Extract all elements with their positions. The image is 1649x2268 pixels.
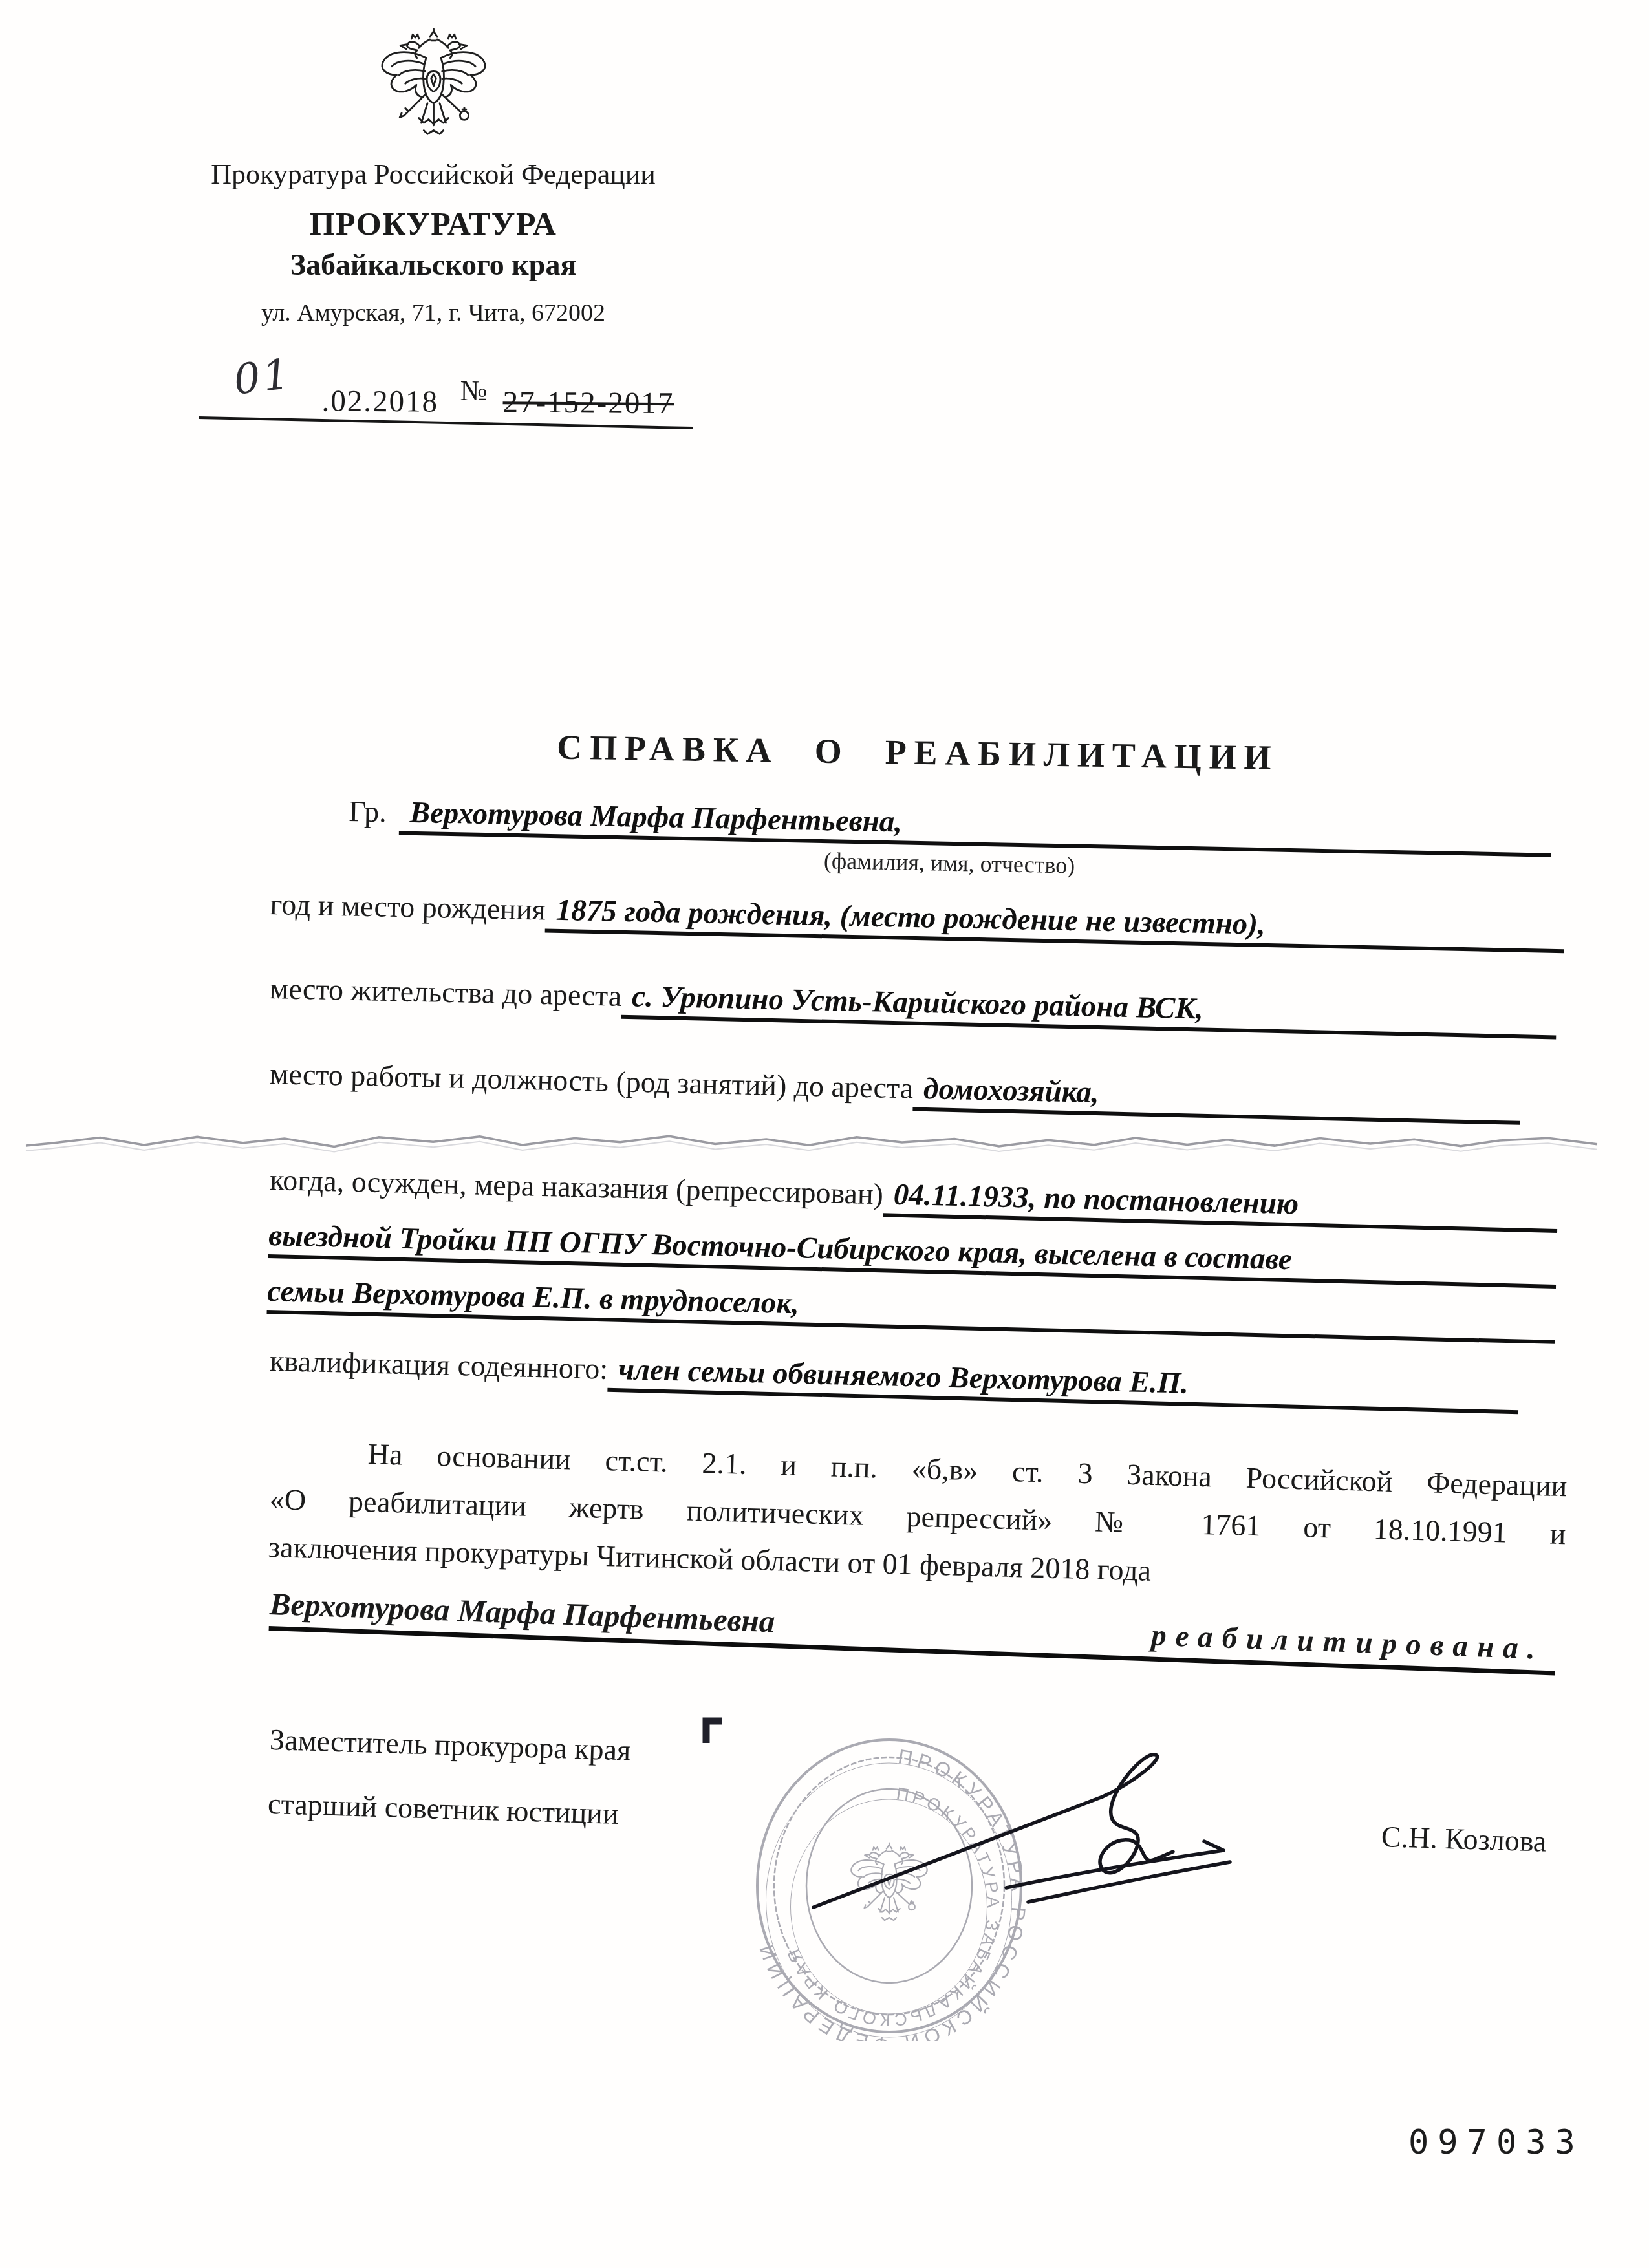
field-label: когда, осужден, мера наказания (репресси… bbox=[270, 1162, 884, 1211]
legal-basis-paragraph: На основании ст.ст. 2.1. и п.п. «б,в» ст… bbox=[268, 1428, 1568, 1606]
field-row-qualification: квалификация содеянного: член семьи обви… bbox=[269, 1343, 1519, 1414]
torn-paper-scan-artifact bbox=[26, 1126, 1623, 1173]
handwritten-day: 01 bbox=[232, 350, 294, 405]
field-value: с. Урюпино Усть-Карийского района ВСК, bbox=[621, 979, 1557, 1040]
form-serial-number: 097033 bbox=[1408, 2123, 1584, 2162]
outgoing-number: 27-152-2017 bbox=[502, 385, 674, 421]
field-value-line3: семьи Верхотурова Е.П. в трудпоселок, bbox=[266, 1274, 1555, 1344]
document-title: СПРАВКА О РЕАБИЛИТАЦИИ bbox=[271, 723, 1565, 782]
date-number-line: 01 .02.2018 № 27-152-2017 bbox=[193, 359, 705, 441]
ink-mark-artifact bbox=[702, 1717, 728, 1746]
field-row-birth: год и место рождения 1875 года рождения,… bbox=[270, 887, 1565, 953]
field-value: 1875 года рождения, (место рождение не и… bbox=[545, 893, 1565, 954]
field-value: домохозяйка, bbox=[912, 1071, 1520, 1125]
field-block-repression: когда, осужден, мера наказания (репресси… bbox=[266, 1162, 1558, 1344]
letterhead: Прокуратура Российской Федерации ПРОКУРА… bbox=[175, 26, 692, 327]
resolution-verdict: реабилитирована. bbox=[1150, 1618, 1544, 1667]
citizen-prefix-label: Гр. bbox=[349, 794, 387, 829]
org-address: ул. Амурская, 71, г. Чита, 672002 bbox=[175, 299, 692, 327]
field-label: место жительства до ареста bbox=[270, 971, 622, 1013]
handwritten-signature bbox=[776, 1730, 1255, 1943]
russia-coat-of-arms-icon bbox=[371, 26, 497, 149]
field-value-line1: 04.11.1933, по постановлению bbox=[883, 1177, 1558, 1233]
scanned-certificate-page: Прокуратура Российской Федерации ПРОКУРА… bbox=[0, 0, 1649, 2268]
org-title: ПРОКУРАТУРА bbox=[175, 205, 692, 242]
field-row-residence: место жительства до ареста с. Урюпино Ус… bbox=[270, 971, 1557, 1039]
signer-name: С.Н. Козлова bbox=[1381, 1819, 1547, 1859]
date-month-year: .02.2018 bbox=[321, 383, 438, 419]
field-value: член семьи обвиняемого Верхотурова Е.П. bbox=[607, 1352, 1519, 1414]
signer-position-line-2: старший советник юстиции bbox=[267, 1786, 619, 1831]
field-row-occupation: место работы и должность (род занятий) д… bbox=[270, 1056, 1521, 1125]
field-label: место работы и должность (род занятий) д… bbox=[270, 1056, 914, 1106]
resolution-name: Верхотурова Марфа Парфентьевна bbox=[269, 1585, 775, 1640]
field-label: год и место рождения bbox=[270, 887, 546, 927]
numero-sign: № bbox=[460, 374, 487, 407]
field-label: квалификация содеянного: bbox=[270, 1343, 609, 1386]
org-region: Забайкальского края bbox=[175, 248, 692, 282]
parent-org-line: Прокуратура Российской Федерации bbox=[175, 158, 692, 191]
person-name-row: Гр. Верхотурова Марфа Парфентьевна, (фам… bbox=[348, 794, 1552, 888]
